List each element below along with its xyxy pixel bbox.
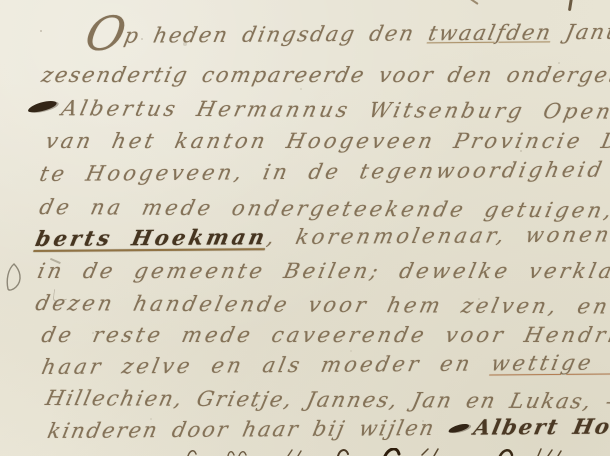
- text-segment: p heden dingsdag den: [122, 21, 431, 47]
- text-segment: de reste mede caveerende voor Hendrikj: [39, 323, 610, 347]
- top-edge-ink-tick: [468, 0, 478, 5]
- manuscript-line: kinderen door haar bij wijlen Albert Hoe…: [45, 413, 610, 443]
- text-segment: , korenmolenaar, wonende: [265, 222, 610, 249]
- manuscript-line: in de gemeente Beilen; dewelke verklaard: [35, 259, 610, 283]
- text-segment: van het kanton Hoogeveen Provincie Drent…: [43, 129, 610, 153]
- bottom-cutoff-text-strokes: [170, 448, 590, 456]
- text-segment: twaalfden: [426, 20, 554, 45]
- text-segment: haar zelve en als moeder en: [40, 351, 494, 379]
- manuscript-line: dezen handelende voor hem zelven, en a: [33, 291, 610, 319]
- text-segment: te Hoogeveen, in de tegenwoordigheid van…: [38, 157, 610, 186]
- pencil-margin-mark: [4, 261, 28, 293]
- manuscript-line: Hillechien, Grietje, Jannes, Jan en Luka…: [43, 386, 610, 414]
- text-segment: dezen handelende voor hem zelven, en a: [33, 291, 610, 319]
- text-segment: Albert Hoekm: [472, 413, 610, 440]
- text-segment: zesendertig compareerde voor den onderge…: [39, 63, 610, 87]
- manuscript-line: Albertus Hermannus Witsenburg Openbaar: [25, 96, 610, 124]
- text-segment: in de gemeente Beilen; dewelke verklaard: [35, 259, 610, 283]
- manuscript-line: berts Hoekman, korenmolenaar, wonende: [33, 221, 610, 251]
- manuscript-line: zesendertig compareerde voor den onderge…: [39, 63, 610, 87]
- manuscript-line: de reste mede caveerende voor Hendrikj: [39, 323, 610, 347]
- manuscript-line: te Hoogeveen, in de tegenwoordigheid van…: [38, 157, 610, 186]
- manuscript-line: haar zelve en als moeder en wettige voo: [40, 350, 610, 379]
- text-segment: berts Hoekman: [33, 224, 270, 251]
- ink-blob: [449, 422, 470, 434]
- text-segment: Albertus Hermannus Witsenburg Openbaar: [59, 96, 610, 124]
- ornate-initial-letter: O: [81, 7, 131, 62]
- text-segment: wettige voo: [489, 350, 610, 375]
- manuscript-line: van het kanton Hoogeveen Provincie Drent…: [43, 129, 610, 153]
- manuscript-line: Op heden dingsdag den twaalfden Januarij…: [84, 19, 610, 48]
- top-edge-ink-stroke: [568, 0, 573, 11]
- ink-blob: [28, 99, 57, 114]
- text-segment: kinderen door haar bij wijlen: [45, 416, 451, 443]
- text-segment: Januarij acht: [550, 19, 610, 44]
- text-segment: Hillechien, Grietje, Jannes, Jan en Luka…: [43, 386, 610, 414]
- text-segment: de na mede ondergeteekende getuigen,: [37, 195, 610, 223]
- manuscript-page: Op heden dingsdag den twaalfden Januarij…: [0, 0, 610, 456]
- manuscript-line: de na mede ondergeteekende getuigen, Hu: [37, 194, 610, 223]
